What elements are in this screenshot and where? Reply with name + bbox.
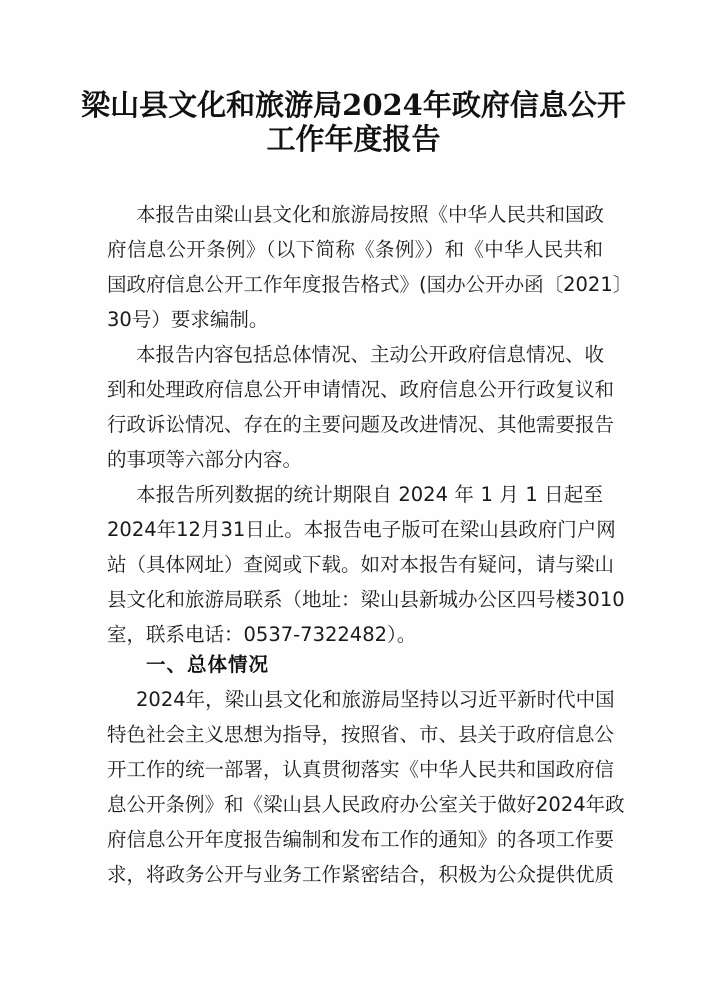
text-line: 府信息公开年度报告编制和发布工作的通知》的各项工作要 (107, 826, 603, 854)
text-line: 开工作的统一部署，认真贯彻落实《中华人民共和国政府信 (107, 756, 603, 784)
text-line: 特色社会主义思想为指导，按照省、市、县关于政府信息公 (107, 721, 603, 749)
text-line: 府信息公开条例》（以下简称《条例》）和《中华人民共和 (107, 236, 603, 264)
text-line: 到和处理政府信息公开申请情况、政府信息公开行政复议和 (107, 376, 603, 404)
document-title-line-2: 工作年度报告 (0, 122, 707, 156)
text-line: 息公开条例》和《梁山县人民政府办公室关于做好2024年政 (107, 791, 603, 819)
text-line: 本报告内容包括总体情况、主动公开政府信息情况、收 (136, 341, 603, 369)
text-line: 行政诉讼情况、存在的主要问题及改进情况、其他需要报告 (107, 411, 603, 439)
text-line: 国政府信息公开工作年度报告格式》(国办公开办函〔2021〕 (107, 271, 603, 299)
text-line: 30号）要求编制。 (107, 306, 603, 334)
text-line: 2024年，梁山县文化和旅游局坚持以习近平新时代中国 (136, 686, 603, 714)
section-heading-overview: 一、总体情况 (146, 651, 269, 679)
text-line: 站（具体网址）查阅或下载。如对本报告有疑问，请与梁山 (107, 551, 603, 579)
document-page: 梁山县文化和旅游局2024年政府信息公开 工作年度报告 本报告由梁山县文化和旅游… (0, 0, 707, 999)
text-line: 室，联系电话：0537-7322482）。 (107, 621, 603, 649)
text-line: 求，将政务公开与业务工作紧密结合，积极为公众提供优质 (107, 861, 603, 889)
document-title-line-1: 梁山县文化和旅游局2024年政府信息公开 (0, 88, 707, 122)
text-line: 本报告所列数据的统计期限自 2024 年 1 月 1 日起至 (136, 481, 603, 509)
text-line: 县文化和旅游局联系（地址：梁山县新城办公区四号楼3010 (107, 586, 603, 614)
text-line: 本报告由梁山县文化和旅游局按照《中华人民共和国政 (136, 201, 603, 229)
text-line: 2024年12月31日止。本报告电子版可在梁山县政府门户网 (107, 516, 603, 544)
text-line: 的事项等六部分内容。 (107, 446, 603, 474)
